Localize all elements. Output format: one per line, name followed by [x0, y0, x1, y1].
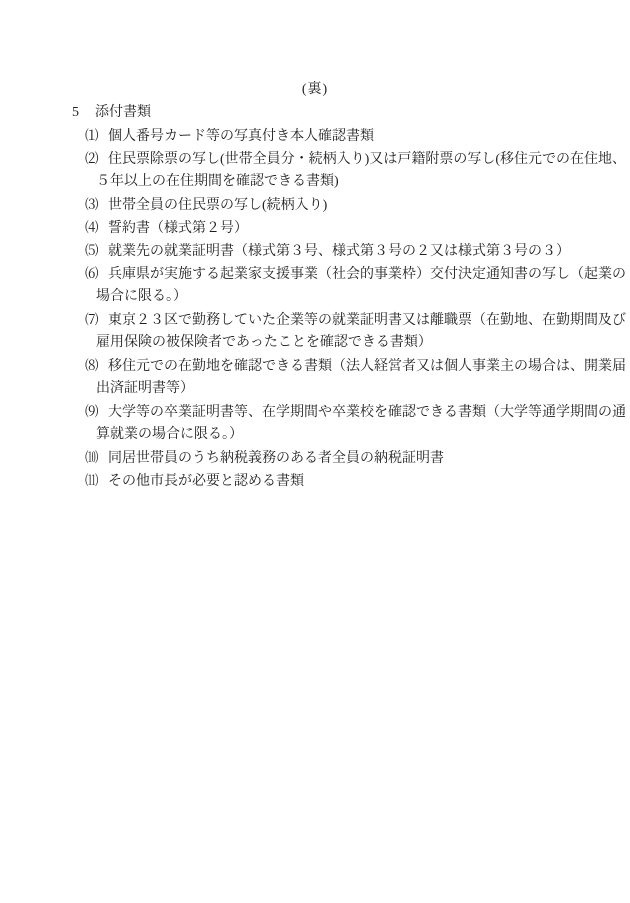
item-text: 兵庫県が実施する起業家支援事業（社会的事業枠）交付決定通知書の写し（起業の — [108, 267, 626, 282]
item-text: 同居世帯員のうち納税義務のある者全員の納税証明書 — [108, 451, 444, 466]
list-item: ⑴個人番号カード等の写真付き本人確認書類 — [0, 124, 630, 147]
page-side-label: (裏) — [0, 78, 630, 101]
item-text: 住民票除票の写し(世帯全員分・続柄入り)又は戸籍附票の写し(移住元での在住地、 — [108, 152, 626, 167]
item-number: ⑵ — [85, 147, 108, 170]
list-item: ⑵住民票除票の写し(世帯全員分・続柄入り)又は戸籍附票の写し(移住元での在住地、 — [0, 147, 630, 170]
item-number: ⑹ — [85, 262, 108, 285]
item-number: ⑾ — [85, 469, 108, 492]
item-number: ⑴ — [85, 124, 108, 147]
item-text: 誓約書（様式第２号） — [108, 221, 248, 236]
list-item-continuation: 場合に限る。） — [0, 285, 630, 308]
attachment-list: ⑴個人番号カード等の写真付き本人確認書類 ⑵住民票除票の写し(世帯全員分・続柄入… — [0, 124, 630, 492]
item-number: ⑺ — [85, 308, 108, 331]
item-text: その他市長が必要と認める書類 — [108, 474, 304, 489]
list-item-continuation: 算就業の場合に限る。） — [0, 423, 630, 446]
list-item: ⑹兵庫県が実施する起業家支援事業（社会的事業枠）交付決定通知書の写し（起業の — [0, 262, 630, 285]
list-item: ⑼大学等の卒業証明書等、在学期間や卒業校を確認できる書類（大学等通学期間の通 — [0, 400, 630, 423]
list-item: ⑽同居世帯員のうち納税義務のある者全員の納税証明書 — [0, 446, 630, 469]
item-number: ⑽ — [85, 446, 108, 469]
list-item: ⑺東京２３区で勤務していた企業等の就業証明書又は離職票（在勤地、在勤期間及び — [0, 308, 630, 331]
item-number: ⑻ — [85, 354, 108, 377]
item-number: ⑶ — [85, 193, 108, 216]
list-item: ⑸就業先の就業証明書（様式第３号、様式第３号の２又は様式第３号の３） — [0, 239, 630, 262]
item-text: 就業先の就業証明書（様式第３号、様式第３号の２又は様式第３号の３） — [108, 244, 570, 259]
item-number: ⑷ — [85, 216, 108, 239]
item-text: 移住元での在勤地を確認できる書類（法人経営者又は個人事業主の場合は、開業届 — [108, 359, 626, 374]
item-number: ⑼ — [85, 400, 108, 423]
item-text: 個人番号カード等の写真付き本人確認書類 — [108, 129, 374, 144]
list-item: ⑻移住元での在勤地を確認できる書類（法人経営者又は個人事業主の場合は、開業届 — [0, 354, 630, 377]
list-item: ⑷誓約書（様式第２号） — [0, 216, 630, 239]
section-heading: 5添付書類 — [0, 101, 630, 124]
list-item-continuation: 雇用保険の被保険者であったことを確認できる書類） — [0, 331, 630, 354]
list-item-continuation: 出済証明書等） — [0, 377, 630, 400]
document-page: (裏) 5添付書類 ⑴個人番号カード等の写真付き本人確認書類 ⑵住民票除票の写し… — [0, 0, 630, 903]
item-number: ⑸ — [85, 239, 108, 262]
item-text: 東京２３区で勤務していた企業等の就業証明書又は離職票（在勤地、在勤期間及び — [108, 313, 626, 328]
list-item: ⑶世帯全員の住民票の写し(続柄入り) — [0, 193, 630, 216]
list-item: ⑾その他市長が必要と認める書類 — [0, 469, 630, 492]
list-item-continuation: ５年以上の在住期間を確認できる書類) — [0, 170, 630, 193]
item-text: 大学等の卒業証明書等、在学期間や卒業校を確認できる書類（大学等通学期間の通 — [108, 405, 626, 420]
item-text: 世帯全員の住民票の写し(続柄入り) — [108, 198, 327, 213]
section-title: 添付書類 — [95, 105, 151, 120]
section-number: 5 — [72, 101, 95, 124]
